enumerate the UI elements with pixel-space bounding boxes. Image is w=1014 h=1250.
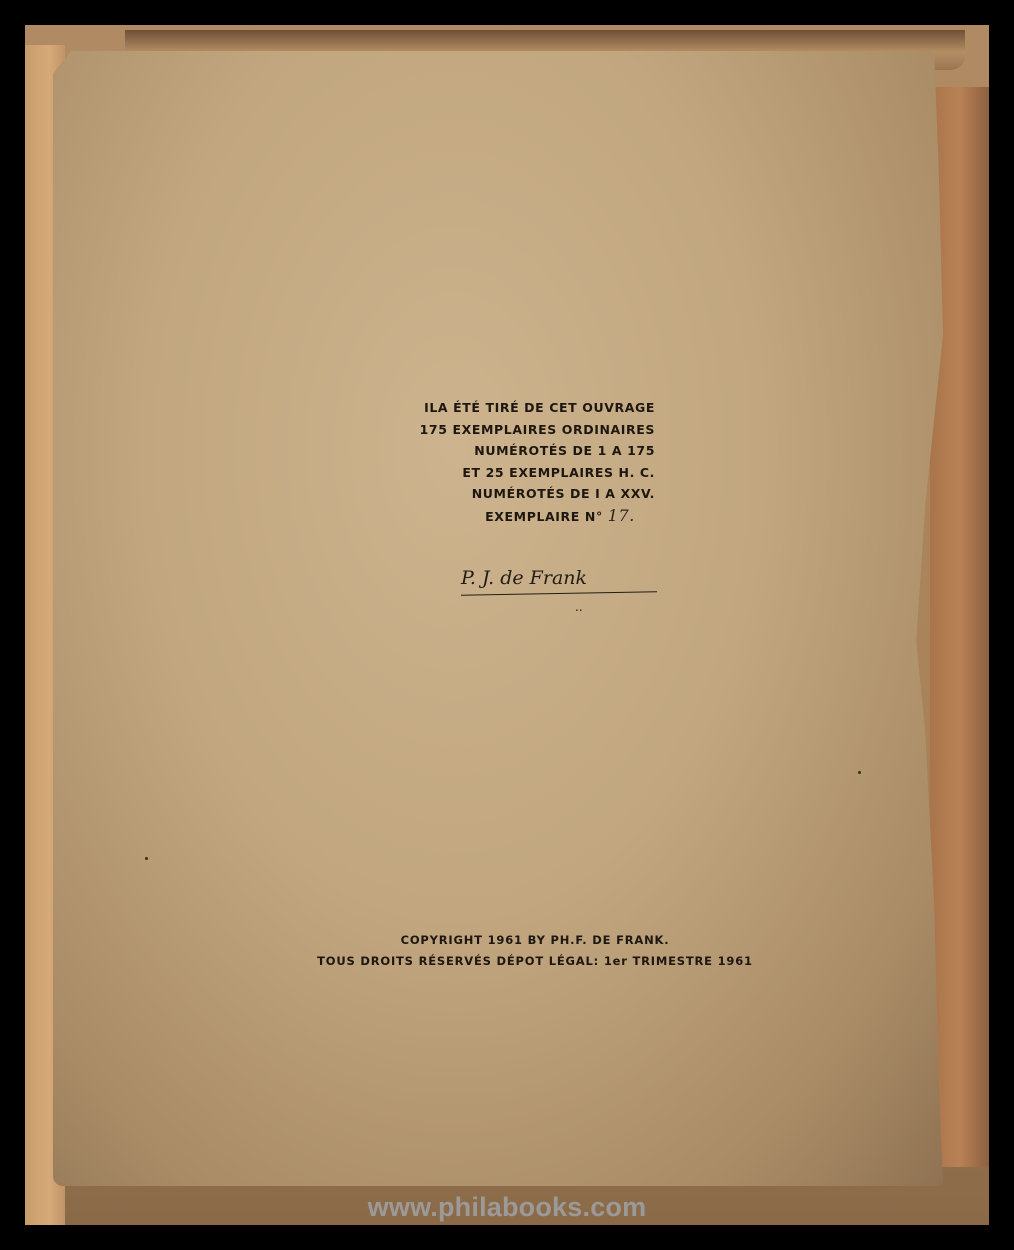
paper-speck <box>145 857 148 860</box>
photo-frame: ILA ÉTÉ TIRÉ DE CET OUVRAGE 175 EXEMPLAI… <box>25 25 989 1225</box>
justification-line: NUMÉROTÉS DE 1 A 175 <box>395 440 655 462</box>
justification-line: ILA ÉTÉ TIRÉ DE CET OUVRAGE <box>395 397 655 419</box>
paper-speck <box>858 771 861 774</box>
watermark-url: www.philabooks.com <box>25 1192 989 1223</box>
handwritten-signature: P. J. de Frank <box>461 567 587 589</box>
copyright-notice: COPYRIGHT 1961 BY PH.F. DE FRANK. TOUS D… <box>300 930 770 972</box>
legal-deposit-line: TOUS DROITS RÉSERVÉS DÉPOT LÉGAL: 1er TR… <box>300 951 770 972</box>
justification-line: ET 25 EXEMPLAIRES H. C. <box>395 462 655 484</box>
justification-line: 175 EXEMPLAIRES ORDINAIRES <box>395 419 655 441</box>
copy-number-line: EXEMPLAIRE N° 17. <box>395 505 655 528</box>
signature-dots: .. <box>575 600 583 614</box>
copy-number-label: EXEMPLAIRE N° <box>485 509 603 524</box>
handwritten-copy-number: 17. <box>608 506 635 525</box>
colophon-page <box>53 51 943 1186</box>
copyright-line: COPYRIGHT 1961 BY PH.F. DE FRANK. <box>300 930 770 951</box>
justification-de-tirage: ILA ÉTÉ TIRÉ DE CET OUVRAGE 175 EXEMPLAI… <box>395 397 655 527</box>
justification-line: NUMÉROTÉS DE I A XXV. <box>395 483 655 505</box>
